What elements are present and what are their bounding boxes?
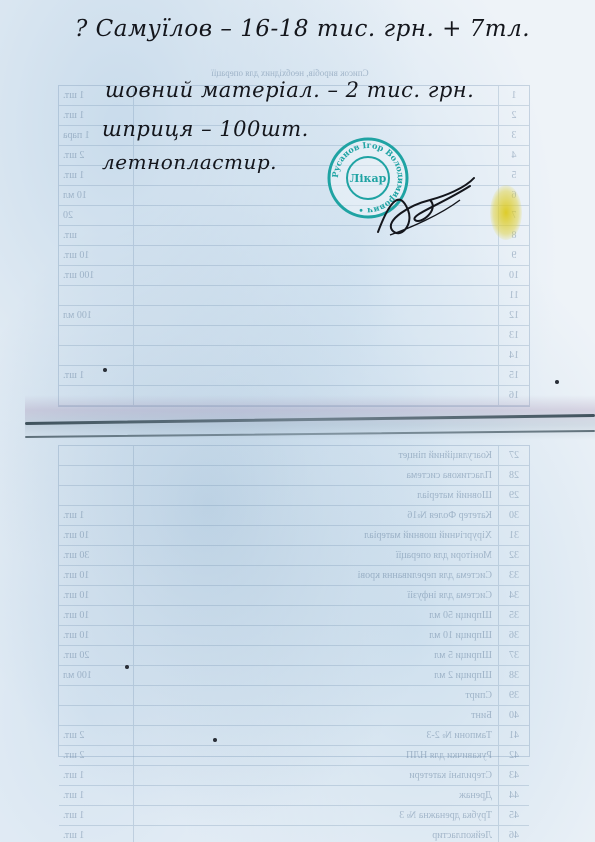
bleed-through-row: 45Трубка дренажна № 31 шт. — [59, 806, 529, 826]
bleed-through-row: 42Рукавички для НЛП2 шт. — [59, 746, 529, 766]
row-number: 28 — [498, 466, 529, 485]
signature-icon — [370, 170, 480, 245]
row-quantity: 20 шт. — [59, 650, 133, 661]
bleed-through-row: 41Тампони № 2-32 шт. — [59, 726, 529, 746]
row-number: 10 — [498, 266, 529, 285]
handwriting-line-4: летнопластир. — [102, 150, 277, 174]
row-quantity: 1 шт. — [59, 770, 133, 781]
scanned-page: Список виробів, необхідних для операції … — [0, 0, 595, 842]
row-number: 3 — [498, 126, 529, 145]
row-item-name: Шовний матеріал — [133, 486, 498, 505]
handwriting-line-3: шприця – 100шт. — [102, 117, 309, 141]
row-number: 44 — [498, 786, 529, 805]
row-item-name — [133, 266, 498, 285]
bleed-through-row: 43Стерильні катетери1 шт. — [59, 766, 529, 786]
bleed-through-row: 37Шприци 5 мл20 шт. — [59, 646, 529, 666]
row-quantity: 1 шт. — [59, 510, 133, 521]
bleed-through-row: 40Бинт — [59, 706, 529, 726]
row-item-name — [133, 246, 498, 265]
row-number: 11 — [498, 286, 529, 305]
row-item-name — [133, 366, 498, 385]
row-number: 35 — [498, 606, 529, 625]
row-item-name: Коагуляційний пінцет — [133, 446, 498, 465]
row-number: 14 — [498, 346, 529, 365]
bleed-through-row: 29Шовний матеріал — [59, 486, 529, 506]
row-quantity: 2 шт. — [59, 750, 133, 761]
bleed-through-row: 151 шт. — [59, 366, 529, 386]
row-quantity: шт. — [59, 230, 133, 241]
row-quantity: 2 шт. — [59, 730, 133, 741]
row-number: 34 — [498, 586, 529, 605]
yellow-stain — [490, 185, 522, 240]
bleed-through-row: 12100 мл — [59, 306, 529, 326]
bleed-through-row: 46Лейкопластир1 шт. — [59, 826, 529, 842]
row-quantity: 10 шт. — [59, 590, 133, 601]
row-quantity: 100 шт. — [59, 270, 133, 281]
row-item-name — [133, 346, 498, 365]
row-quantity: 10 шт. — [59, 570, 133, 581]
handwriting-line-2: шовний матеріал. – 2 тис. грн. — [105, 78, 474, 102]
row-number: 1 — [498, 86, 529, 105]
row-number: 2 — [498, 106, 529, 125]
row-item-name: Катетер Фолея №16 — [133, 506, 498, 525]
row-item-name: Шприци 10 мл — [133, 626, 498, 645]
handwriting-line-1: ? Самуїлов – 16-18 тис. грн. + 7тл. — [75, 16, 530, 42]
row-quantity: 100 мл — [59, 310, 133, 321]
row-number: 9 — [498, 246, 529, 265]
row-number: 33 — [498, 566, 529, 585]
bleed-through-row: 28Пластикова система — [59, 466, 529, 486]
bleed-through-row: 44Дренаж1 шт. — [59, 786, 529, 806]
row-number: 43 — [498, 766, 529, 785]
row-number: 30 — [498, 506, 529, 525]
row-number: 38 — [498, 666, 529, 685]
bleed-through-row: 32Монітори для операції30 шт. — [59, 546, 529, 566]
row-number: 4 — [498, 146, 529, 165]
row-item-name: Дренаж — [133, 786, 498, 805]
row-item-name: Тампони № 2-3 — [133, 726, 498, 745]
row-item-name: Бинт — [133, 706, 498, 725]
row-quantity: 30 шт. — [59, 550, 133, 561]
row-number: 39 — [498, 686, 529, 705]
row-number: 27 — [498, 446, 529, 465]
bleed-through-row: 10100 шт. — [59, 266, 529, 286]
row-item-name: Система для переливання крові — [133, 566, 498, 585]
bleed-through-row: 34Система для інфузії10 шт. — [59, 586, 529, 606]
row-item-name — [133, 326, 498, 345]
bleed-through-row: 31Хірургічний шовний матеріал10 шт. — [59, 526, 529, 546]
row-quantity: 10 шт. — [59, 530, 133, 541]
bleed-through-row: 33Система для переливання крові10 шт. — [59, 566, 529, 586]
row-item-name: Пластикова система — [133, 466, 498, 485]
bleed-through-table-bottom: 27Коагуляційний пінцет28Пластикова систе… — [58, 445, 530, 757]
row-quantity: 10 шт. — [59, 250, 133, 261]
bleed-through-row: 27Коагуляційний пінцет — [59, 446, 529, 466]
row-number: 42 — [498, 746, 529, 765]
row-item-name: Спирт — [133, 686, 498, 705]
row-quantity: 1 шт. — [59, 790, 133, 801]
bleed-through-row: 910 шт. — [59, 246, 529, 266]
row-quantity: 1 шт. — [59, 830, 133, 841]
row-item-name: Трубка дренажна № 3 — [133, 806, 498, 825]
row-number: 32 — [498, 546, 529, 565]
row-number: 31 — [498, 526, 529, 545]
row-number: 37 — [498, 646, 529, 665]
row-number: 41 — [498, 726, 529, 745]
row-item-name: Шприци 50 мл — [133, 606, 498, 625]
row-number: 12 — [498, 306, 529, 325]
row-number: 40 — [498, 706, 529, 725]
row-number: 29 — [498, 486, 529, 505]
row-item-name: Стерильні катетери — [133, 766, 498, 785]
row-quantity: 10 шт. — [59, 610, 133, 621]
row-item-name: Хірургічний шовний матеріал — [133, 526, 498, 545]
row-item-name: Шприци 5 мл — [133, 646, 498, 665]
row-quantity: 100 мл — [59, 670, 133, 681]
bleed-through-row: 38Шприци 2 мл100 мл — [59, 666, 529, 686]
bleed-through-row: 35Шприци 50 мл10 шт. — [59, 606, 529, 626]
row-item-name: Система для інфузії — [133, 586, 498, 605]
bleed-through-row: 30Катетер Фолея №161 шт. — [59, 506, 529, 526]
row-number: 15 — [498, 366, 529, 385]
row-quantity: 10 шт. — [59, 630, 133, 641]
row-number: 36 — [498, 626, 529, 645]
row-item-name — [133, 306, 498, 325]
bleed-through-row: 39Спирт — [59, 686, 529, 706]
row-item-name: Рукавички для НЛП — [133, 746, 498, 765]
row-quantity: 20 — [59, 210, 133, 221]
row-number: 45 — [498, 806, 529, 825]
row-item-name — [133, 286, 498, 305]
row-item-name: Монітори для операції — [133, 546, 498, 565]
row-item-name: Лейкопластир — [133, 826, 498, 842]
bleed-through-row: 13 — [59, 326, 529, 346]
row-number: 46 — [498, 826, 529, 842]
row-number: 5 — [498, 166, 529, 185]
bleed-through-row: 36Шприци 10 мл10 шт. — [59, 626, 529, 646]
row-number: 13 — [498, 326, 529, 345]
row-quantity: 1 шт. — [59, 370, 133, 381]
row-quantity: 10 мл — [59, 190, 133, 201]
bleed-through-title: Список виробів, необхідних для операції — [140, 68, 440, 78]
row-item-name: Шприци 2 мл — [133, 666, 498, 685]
bleed-through-row: 11 — [59, 286, 529, 306]
row-quantity: 1 шт. — [59, 810, 133, 821]
bleed-through-row: 14 — [59, 346, 529, 366]
